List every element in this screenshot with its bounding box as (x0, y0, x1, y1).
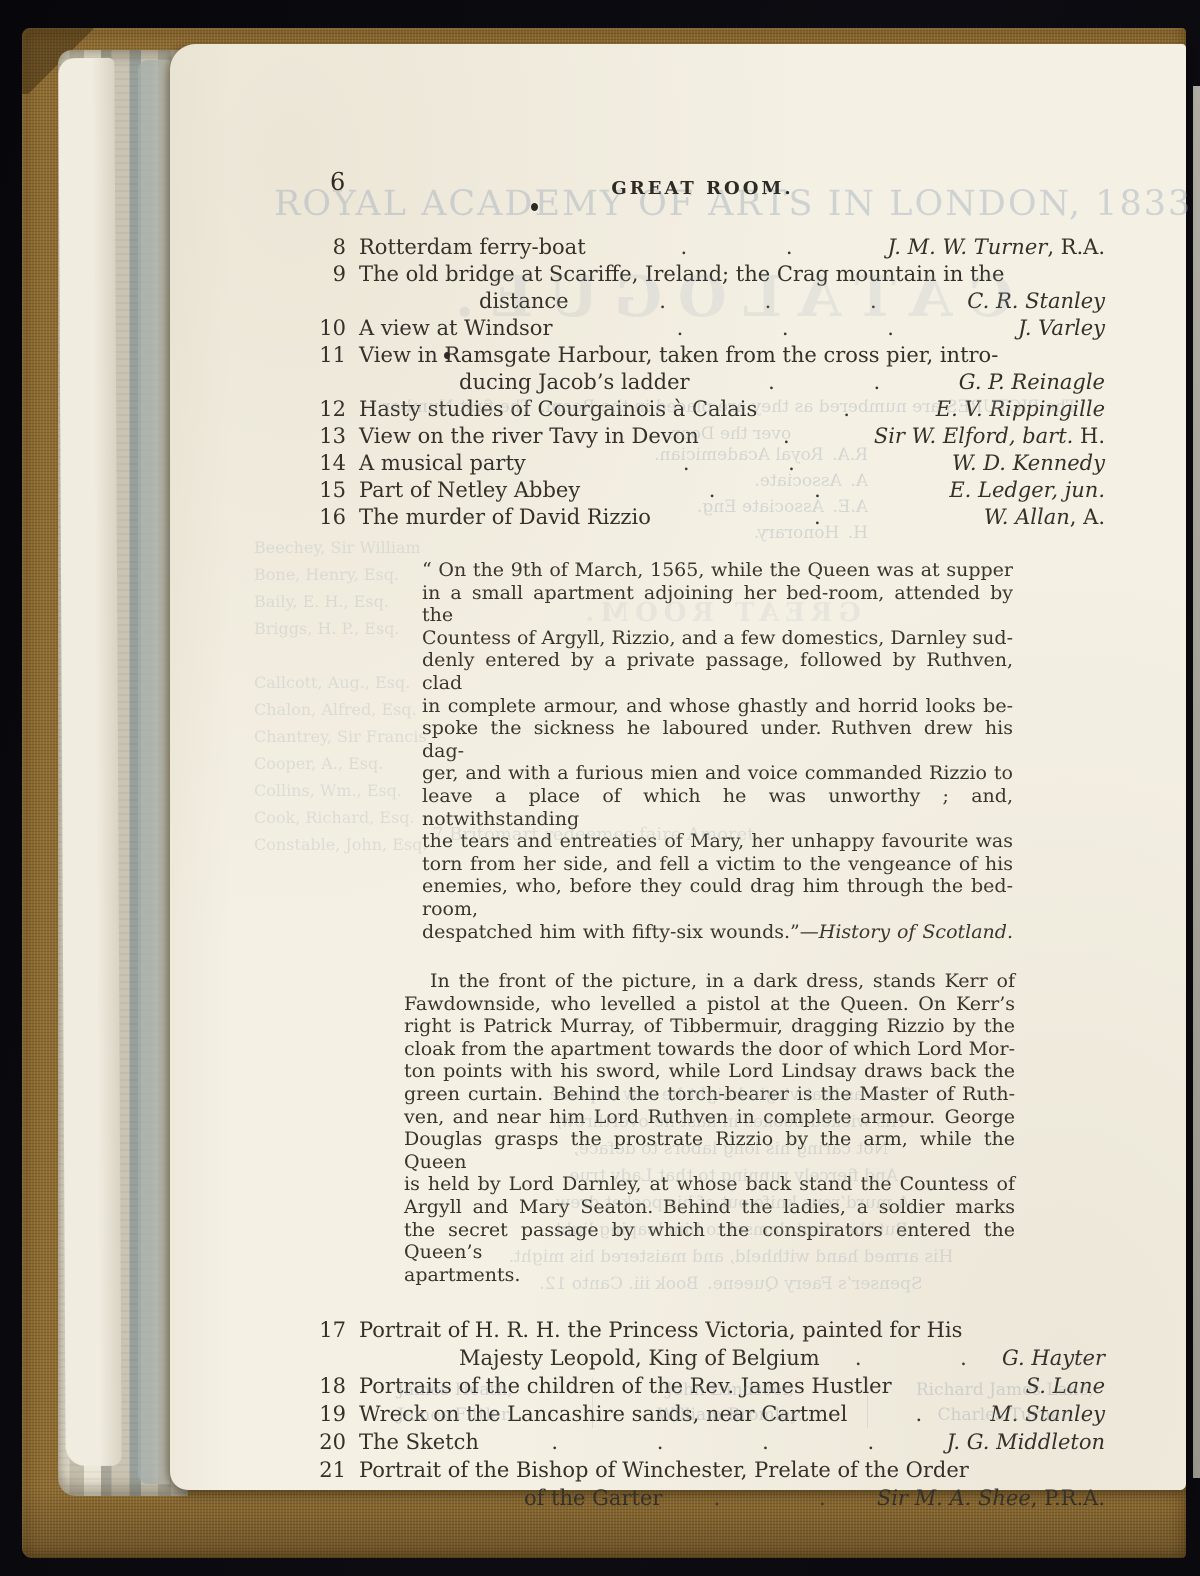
entry-number: 20 (300, 1428, 359, 1456)
entry-title-continuation: Majesty Leopold, King of Belgium (359, 1344, 820, 1372)
entry-artist-name: W. D. Kennedy (952, 451, 1105, 475)
catalog-entry: 18 Portraits of the children of the Rev.… (300, 1372, 1105, 1400)
entry-artist: Sir W. Elford, bart. H. (874, 423, 1105, 450)
entry-title-continuation: of the Garter (359, 1484, 662, 1512)
picture-description-body: In the front of the picture, in a dark d… (404, 970, 1015, 1263)
entry-artist: G. P. Reinagle (959, 369, 1105, 396)
entry-artist: C. R. Stanley (967, 288, 1105, 315)
entry-artist: J. G. Middleton (947, 1428, 1105, 1456)
entry-title: Part of Netley Abbey (359, 477, 580, 504)
entry-title: View on the river Tavy in Devon (359, 423, 699, 450)
entry-title: Portrait of the Bishop of Winchester, Pr… (359, 1456, 969, 1484)
entry-title-continuation: distance (359, 288, 569, 315)
entry-artist-name: G. P. Reinagle (959, 370, 1105, 394)
entry-number: 17 (300, 1316, 359, 1372)
entry-artist-name: J. M. W. Turner (887, 235, 1047, 259)
entry-artist-name: G. Hayter (1002, 1346, 1105, 1370)
dot-leader: . . (820, 1344, 1002, 1372)
dot-leader: . (847, 1400, 990, 1428)
entry-number: 19 (300, 1400, 359, 1428)
history-quote: “ On the 9th of March, 1565, while the Q… (422, 559, 1013, 943)
entry-artist-name: E. V. Rippingille (936, 397, 1105, 421)
catalog-entry: 21 Portrait of the Bishop of Winchester,… (300, 1456, 1105, 1512)
dot-leader: . . (662, 1484, 876, 1512)
entry-artist-name: Sir W. Elford, bart. (874, 424, 1074, 448)
catalogue-entries-lower: 17 Portrait of H. R. H. the Princess Vic… (300, 1316, 1105, 1512)
history-quote-source: History of Scotland. (819, 921, 1013, 943)
entry-artist: J. M. W. Turner, R.A. (887, 234, 1105, 261)
picture-description: In the front of the picture, in a dark d… (404, 970, 1015, 1264)
catalogue-page: ROYAL ACADEMY OF ARTS IN LONDON, 1833 CA… (170, 44, 1186, 1490)
dot-leader: . . (580, 477, 949, 504)
catalog-entry: 12 Hasty studies of Courgainois à Calais… (300, 396, 1105, 423)
entry-artist: J. Varley (1018, 315, 1105, 342)
picture-description-last-line: apartments. (404, 1264, 1015, 1287)
entry-artist-name: E. Ledger, jun. (949, 478, 1105, 502)
page-header: 6 GREAT ROOM. (300, 178, 1105, 212)
entry-title: The murder of David Rizzio (359, 504, 651, 531)
dot-leader: . (757, 396, 936, 423)
entry-title: A musical party (359, 450, 526, 477)
entry-number: 13 (300, 423, 359, 450)
entry-artist: G. Hayter (1002, 1344, 1105, 1372)
dot-leader: . . (586, 234, 888, 261)
entry-number: 16 (300, 504, 359, 531)
entry-number: 18 (300, 1372, 359, 1400)
entry-number: 14 (300, 450, 359, 477)
entry-number: 11 (300, 342, 359, 396)
entry-title: The old bridge at Scariffe, Ireland; the… (359, 261, 1004, 288)
catalog-entry: 11 View in Ramsgate Harbour, taken from … (300, 342, 1105, 396)
entry-artist: W. D. Kennedy (952, 450, 1105, 477)
entry-title: A view at Windsor (359, 315, 553, 342)
entry-artist-name: Sir M. A. Shee (877, 1486, 1031, 1510)
entry-number: 21 (300, 1456, 359, 1512)
catalog-entry: 19 Wreck on the Lancashire sands, near C… (300, 1400, 1105, 1428)
history-quote-body: “ On the 9th of March, 1565, while the Q… (422, 559, 1013, 943)
page-number: 6 (330, 168, 345, 196)
entry-title: Rotterdam ferry-boat (359, 234, 586, 261)
dot-leader: . . . (569, 288, 968, 315)
entry-number: 15 (300, 477, 359, 504)
dot-leader: . (699, 423, 874, 450)
entry-artist-name: M. Stanley (990, 1402, 1105, 1426)
entry-artist-suffix: , P.R.A. (1031, 1486, 1105, 1510)
entry-artist-suffix: , R.A. (1047, 235, 1105, 259)
catalog-entry: 20 The Sketch. . . .J. G. Middleton (300, 1428, 1105, 1456)
catalog-entry: 15 Part of Netley Abbey. .E. Ledger, jun… (300, 477, 1105, 504)
entry-artist-name: S. Lane (1026, 1374, 1105, 1398)
paper-speck (531, 203, 538, 211)
catalog-entry: 17 Portrait of H. R. H. the Princess Vic… (300, 1316, 1105, 1372)
entry-title: Portraits of the children of the Rev. Ja… (359, 1372, 892, 1400)
dot-leader: . . (526, 450, 952, 477)
entry-number: 8 (300, 234, 359, 261)
entry-title: Wreck on the Lancashire sands, near Cart… (359, 1400, 847, 1428)
catalog-entry: 8 Rotterdam ferry-boat. .J. M. W. Turner… (300, 234, 1105, 261)
page-edge-right (1193, 86, 1200, 1478)
catalog-entry: 10 A view at Windsor. . .J. Varley (300, 315, 1105, 342)
entry-number: 9 (300, 261, 359, 315)
catalog-entry: 9 The old bridge at Scariffe, Ireland; t… (300, 261, 1105, 315)
entry-number: 10 (300, 315, 359, 342)
entry-artist: E. Ledger, jun. (949, 477, 1105, 504)
paper-speck (444, 352, 450, 359)
catalog-entry: 13 View on the river Tavy in Devon.Sir W… (300, 423, 1105, 450)
dot-leader: . . . (553, 315, 1019, 342)
entry-artist-suffix: H. (1073, 424, 1105, 448)
entry-artist: Sir M. A. Shee, P.R.A. (877, 1484, 1105, 1512)
room-heading: GREAT ROOM. (300, 178, 1105, 199)
dot-leader: . . (690, 369, 959, 396)
entry-artist: W. Allan, A. (984, 504, 1105, 531)
entry-title: Portrait of H. R. H. the Princess Victor… (359, 1316, 962, 1344)
page-edge-sheet (58, 58, 121, 1466)
entry-title: View in Ramsgate Harbour, taken from the… (359, 342, 998, 369)
entry-artist: M. Stanley (990, 1400, 1105, 1428)
entry-title-continuation: ducing Jacob’s ladder (359, 369, 690, 396)
entry-artist-name: J. G. Middleton (947, 1430, 1105, 1454)
catalog-entry: 14 A musical party. .W. D. Kennedy (300, 450, 1105, 477)
dot-leader: . . . . (479, 1428, 947, 1456)
catalogue-entries-upper: 8 Rotterdam ferry-boat. .J. M. W. Turner… (300, 234, 1105, 531)
entry-artist-suffix: , A. (1070, 505, 1105, 529)
entry-artist: E. V. Rippingille (936, 396, 1105, 423)
entry-artist-name: W. Allan (984, 505, 1070, 529)
entry-artist-name: C. R. Stanley (967, 289, 1105, 313)
entry-number: 12 (300, 396, 359, 423)
page-edge-sheet (138, 60, 170, 1484)
entry-title: Hasty studies of Courgainois à Calais (359, 396, 757, 423)
catalog-entry: 16 The murder of David Rizzio.W. Allan, … (300, 504, 1105, 531)
entry-artist: S. Lane (1026, 1372, 1105, 1400)
entry-title: The Sketch (359, 1428, 479, 1456)
entry-artist-name: J. Varley (1018, 316, 1105, 340)
dot-leader: . (651, 504, 984, 531)
